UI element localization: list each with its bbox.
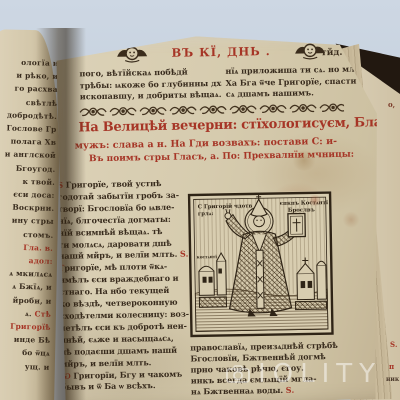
header-title: ВЪ КЇ, ДНЬ . <box>171 44 270 60</box>
engraving-city-label: костѧнтї <box>197 254 218 259</box>
cherub-ornament-icon <box>115 43 149 64</box>
right-page: тйд. ВЪ КЇ, ДНЬ . пого, вѣтїйскаѧ п <box>53 33 385 400</box>
text-line: нѧ Бжтвеннаѧ воды. Ѕ. <box>191 383 353 397</box>
engraving-caption-left-1: С Григорїй чдотв <box>198 202 253 210</box>
edge-page-mark: п <box>389 362 394 371</box>
edge-page-mark: о, <box>388 100 395 109</box>
page-stain <box>342 212 360 228</box>
intro-text-block: пого, вѣтїйскаѧ побѣдйтрѣбы: ѩкоже бо гл… <box>79 63 376 103</box>
left-page-text-fragments: ологїа ии рѣко, иго расхвасвѣтлѣдобродѣт… <box>0 55 59 373</box>
running-header: ВЪ КЇ, ДНЬ . <box>115 38 327 66</box>
edge-page-mark: Ѕ. <box>390 340 398 349</box>
text-line: ущ. и <box>0 359 50 374</box>
text-line: ископавшу, и добриты вѣщаѧ. <box>80 89 222 103</box>
photo-scene: ологїа ии рѣко, иго расхвасвѣтлѣдобродѣт… <box>0 0 400 400</box>
body-below-engraving: православїѧ, преизѧднѣй стрѣбѣБгословїи,… <box>190 340 353 397</box>
engraving-caption-right-1: єпкпъ Костѧнтї <box>280 199 328 207</box>
engraving-caption-left-2: грлѧ: <box>198 211 214 217</box>
cherub-ornament-icon <box>293 40 327 61</box>
rubric-line-3: Въ поимъ стры Гласъ, а. По: Прехвалнїи м… <box>89 149 365 164</box>
saint-engraving: С Григорїй чдотв грлѧ: єпкпъ Костѧнтї Бр… <box>186 189 337 340</box>
left-page: ологїа ии рѣко, иго расхвасвѣтлѣдобродѣт… <box>0 29 62 400</box>
rubric-line-2: мужъ: слава а н. На Гди возвахъ: постави… <box>75 135 365 151</box>
intro-column-left: пого, вѣтїйскаѧ побѣдйтрѣбы: ѩкоже бо гл… <box>79 66 222 103</box>
edge-page-mark: ник <box>386 376 399 383</box>
text-line: и англской <box>0 148 56 163</box>
text-line: Гослове Гр <box>0 121 57 136</box>
engraving-caption-right-2: Брослвъ <box>288 207 315 213</box>
text-line: бывъ и ѿ Ба ѡ всѣхъ. <box>61 380 193 394</box>
body-left-column: Ѕ Григорїе, твой устнѣгодотай забытїи гр… <box>57 178 193 395</box>
text-line: сѧ дшамъ нашимъ. <box>226 86 376 100</box>
